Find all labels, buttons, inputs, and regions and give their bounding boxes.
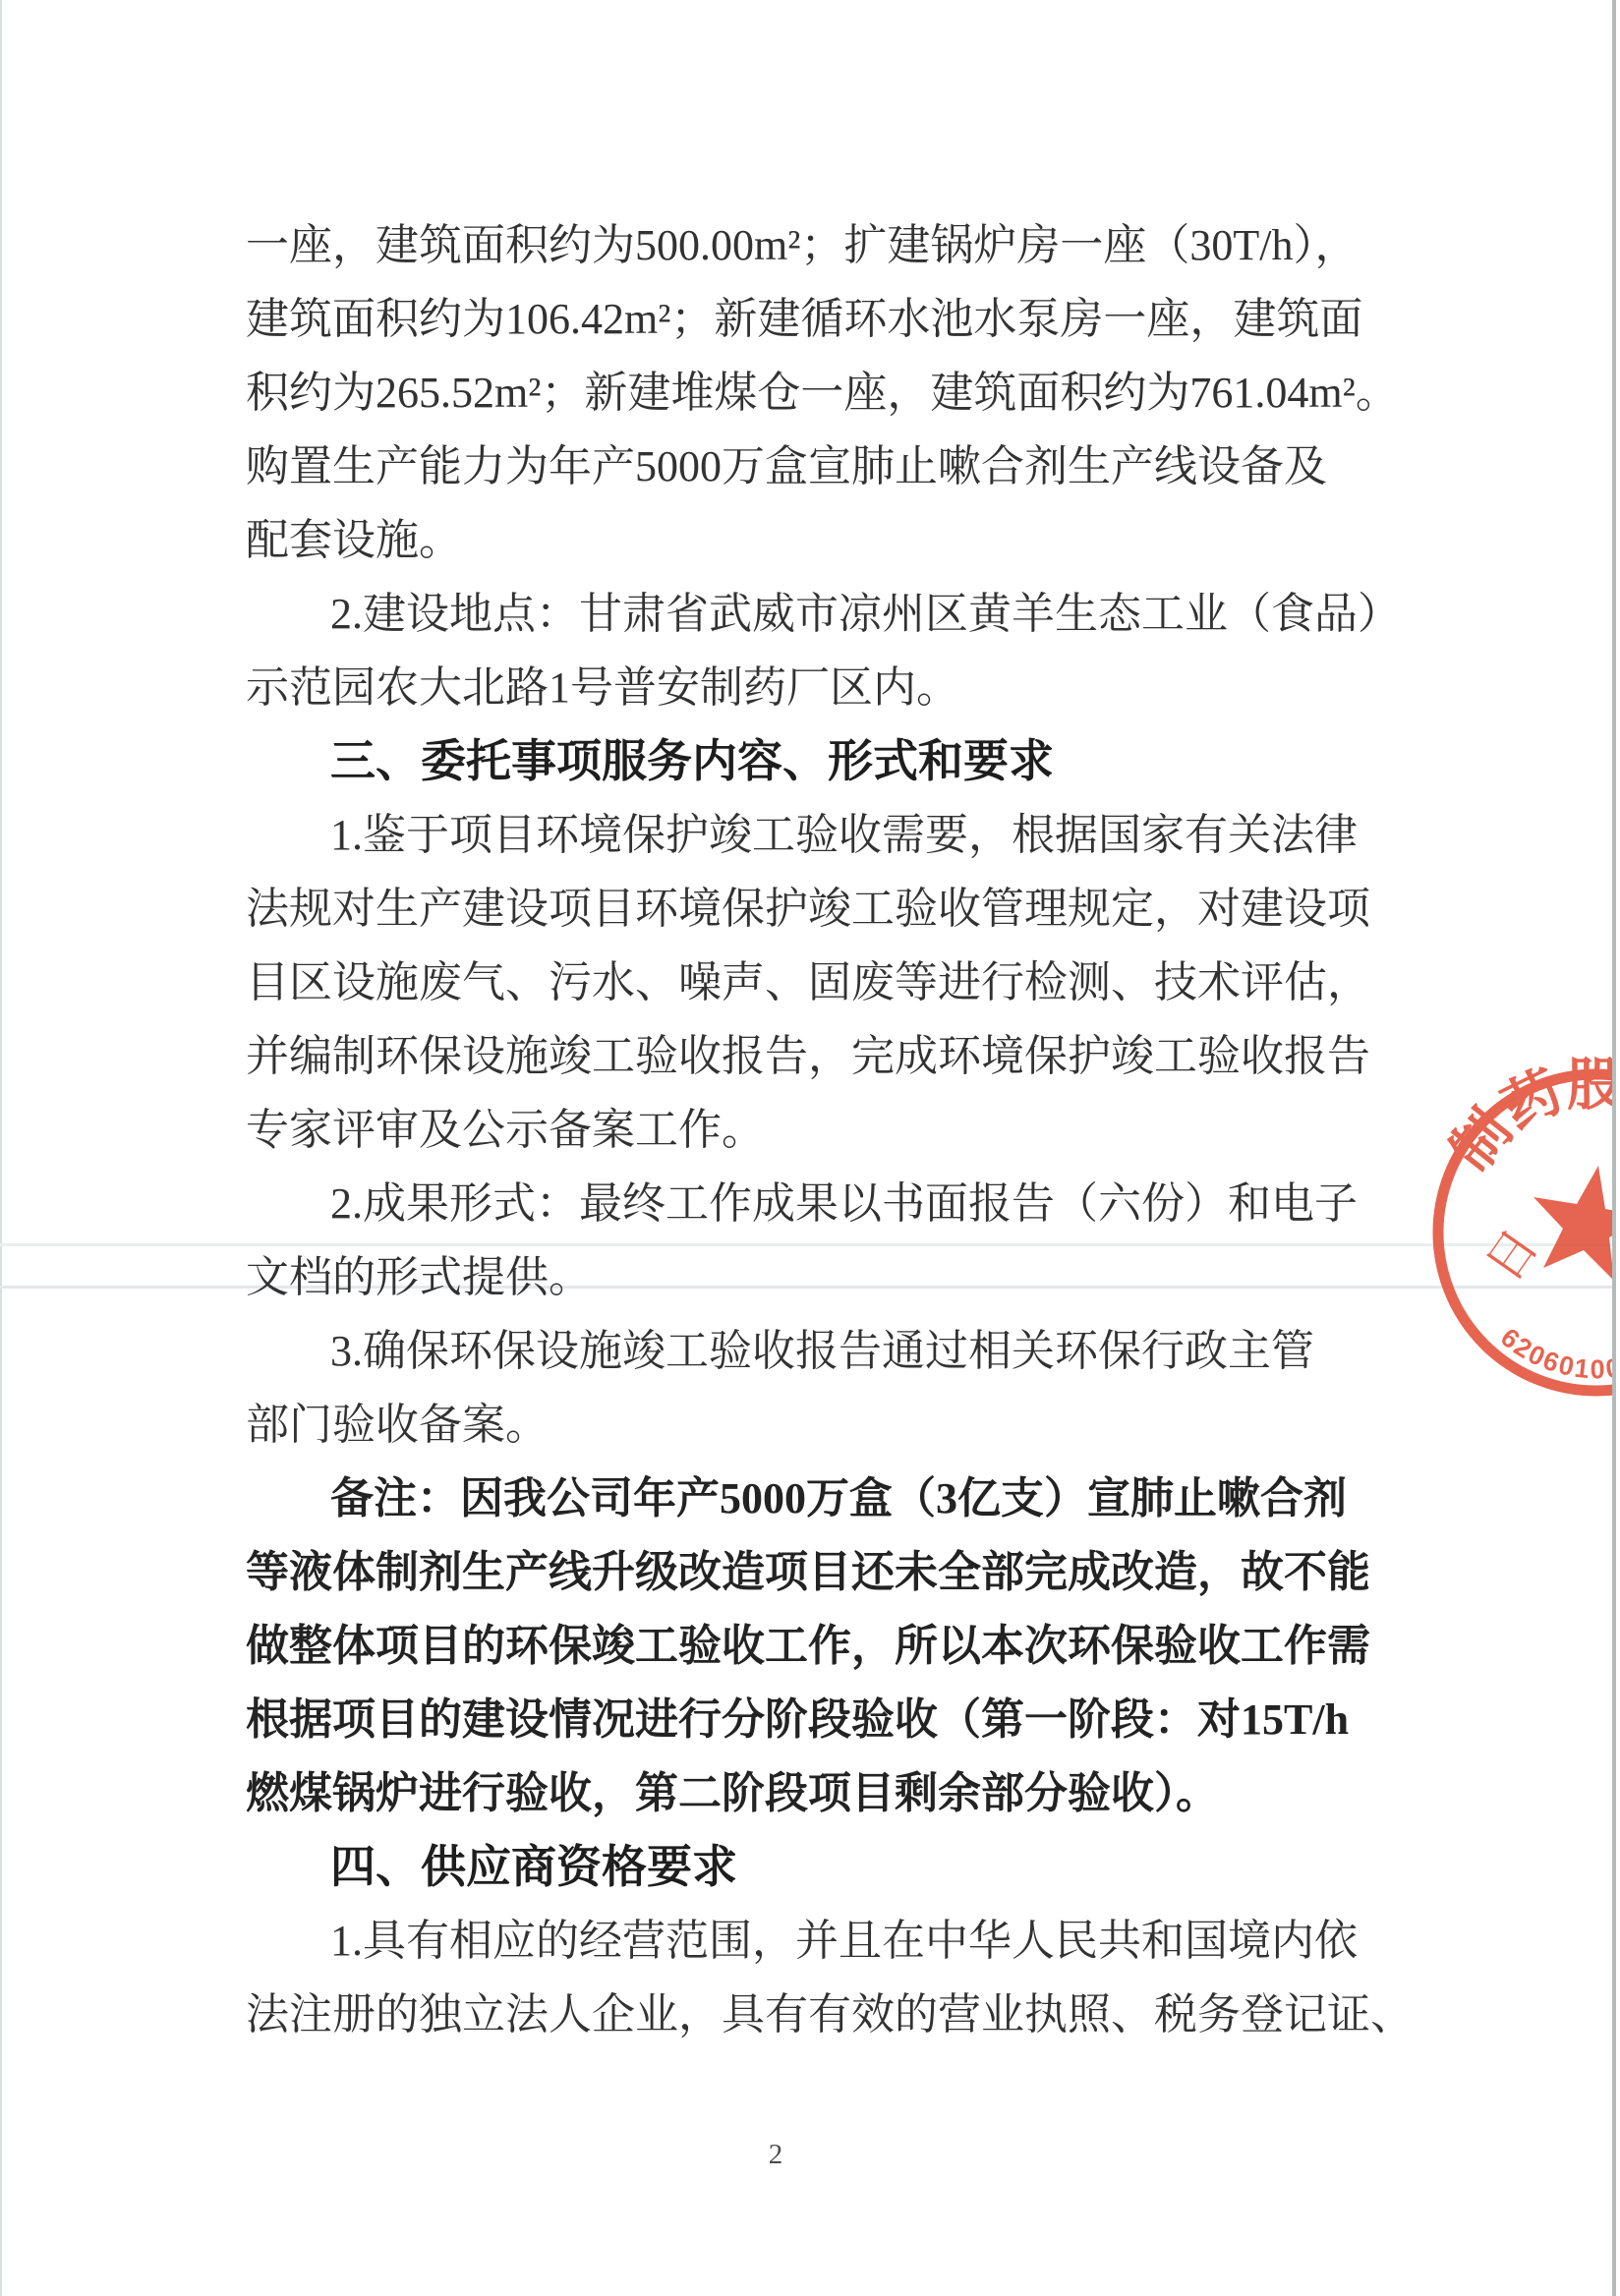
text-line: 三、委托事项服务内容、形式和要求 (246, 724, 1406, 798)
text-line: 积约为265.52m²；新建堆煤仓一座，建筑面积约为761.04m²。 (246, 356, 1406, 430)
text-line: 做整体项目的环保竣工验收工作，所以本次环保验收工作需 (246, 1609, 1406, 1683)
text-line: 3.确保环保设施竣工验收报告通过相关环保行政主管 (246, 1314, 1406, 1388)
company-seal-stamp: 制药股份 62060100 日 (1366, 993, 1620, 1445)
seal-star-icon (1533, 1166, 1620, 1281)
svg-text:制药股份: 制药股份 (1438, 1053, 1620, 1182)
text-line: 备注：因我公司年产5000万盒（3亿支）宣肺止嗽合剂 (246, 1462, 1406, 1535)
text-line: 2.建设地点：甘肃省武威市凉州区黄羊生态工业（食品） (246, 577, 1406, 651)
text-line: 等液体制剂生产线升级改造项目还未全部完成改造，故不能 (246, 1535, 1406, 1609)
document-page: 一座，建筑面积约为500.00m²；扩建锅炉房一座（30T/h），建筑面积约为1… (0, 0, 1620, 2296)
text-line: 配套设施。 (246, 503, 1406, 577)
seal-serial-digits: 62060100 (1495, 1322, 1620, 1384)
text-line: 1.鉴于项目环境保护竣工验收需要，根据国家有关法律 (246, 798, 1406, 872)
text-line: 购置生产能力为年产5000万盒宣肺止嗽合剂生产线设备及 (246, 430, 1406, 503)
text-line: 法规对生产建设项目环境保护竣工验收管理规定，对建设项 (246, 872, 1406, 946)
text-line: 法注册的独立法人企业，具有有效的营业执照、税务登记证、 (246, 1978, 1406, 2051)
text-line: 一座，建筑面积约为500.00m²；扩建锅炉房一座（30T/h）， (246, 208, 1406, 282)
seal-inner-char: 日 (1475, 1220, 1549, 1291)
text-line: 并编制环保设施竣工验收报告，完成环境保护竣工验收报告 (246, 1019, 1406, 1093)
seal-arc-text: 制药股份 (1438, 1053, 1620, 1182)
text-line: 部门验收备案。 (246, 1388, 1406, 1462)
text-line: 建筑面积约为106.42m²；新建循环水池水泵房一座，建筑面 (246, 282, 1406, 356)
text-line: 专家评审及公示备案工作。 (246, 1093, 1406, 1167)
text-line: 1.具有相应的经营范围，并且在中华人民共和国境内依 (246, 1904, 1406, 1978)
text-line: 燃煤锅炉进行验收，第二阶段项目剩余部分验收）。 (246, 1756, 1406, 1830)
svg-text:62060100: 62060100 (1495, 1322, 1620, 1384)
text-line: 2.成果形式：最终工作成果以书面报告（六份）和电子 (246, 1167, 1406, 1240)
text-line: 根据项目的建设情况进行分阶段验收（第一阶段：对15T/h (246, 1683, 1406, 1756)
scan-edge-right-white (1616, 0, 1620, 2296)
text-line: 四、供应商资格要求 (246, 1830, 1406, 1904)
scan-edge-left-line (0, 0, 2, 2296)
text-line: 目区设施废气、污水、噪声、固废等进行检测、技术评估， (246, 946, 1406, 1019)
text-line: 示范园农大北路1号普安制药厂区内。 (246, 651, 1406, 724)
text-block: 一座，建筑面积约为500.00m²；扩建锅炉房一座（30T/h），建筑面积约为1… (246, 208, 1406, 2051)
page-number: 2 (751, 2139, 800, 2171)
text-line: 文档的形式提供。 (246, 1240, 1406, 1314)
